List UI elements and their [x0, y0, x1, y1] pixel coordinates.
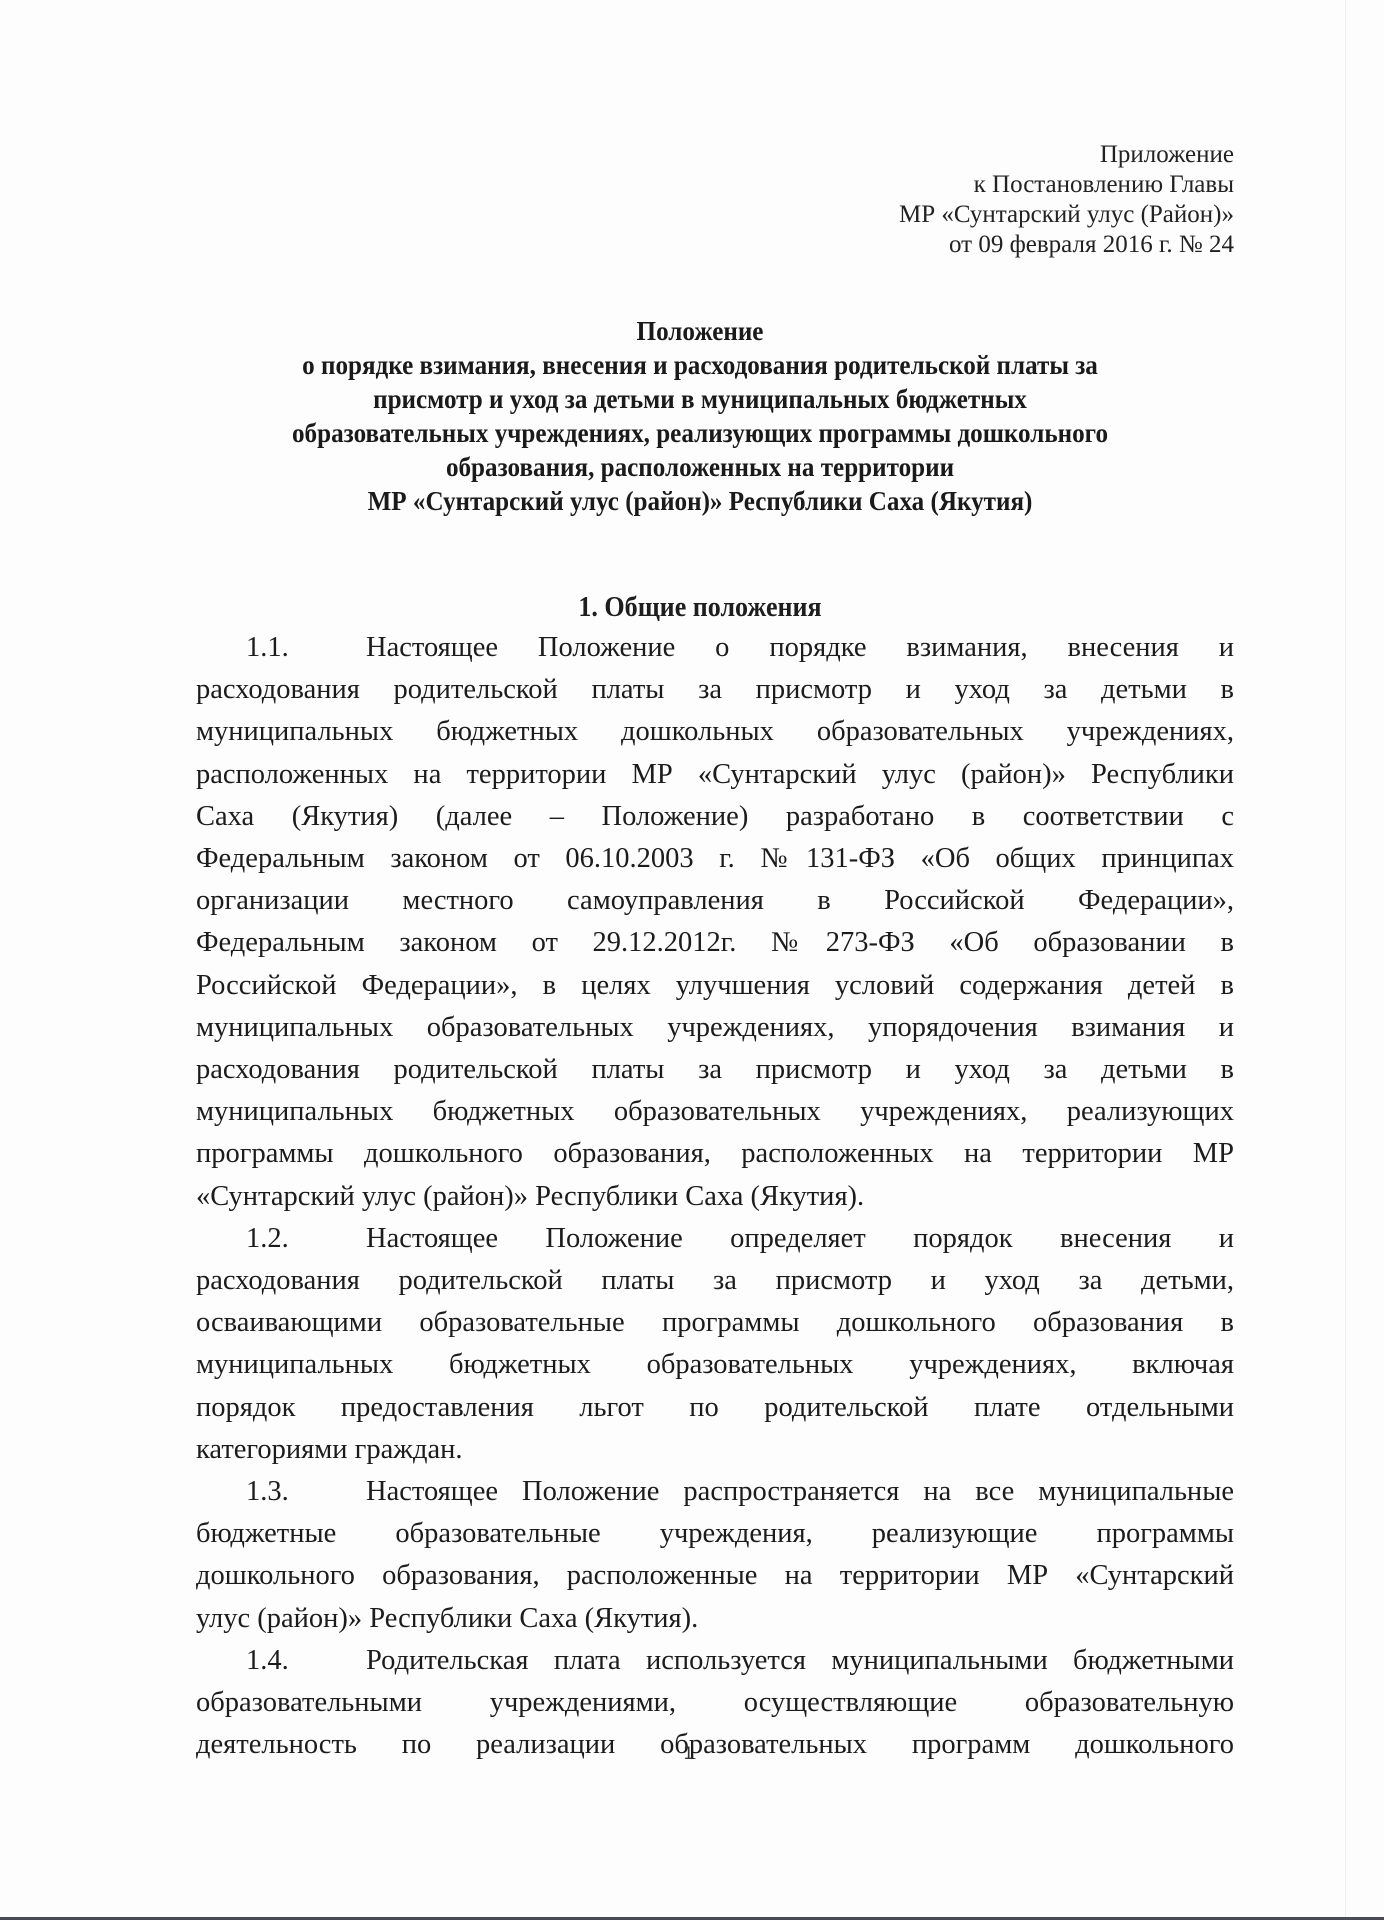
text-line: Саха (Якутия) (далее – Положение) разраб…	[196, 796, 1234, 838]
text-line: муниципальных бюджетных дошкольных образ…	[196, 711, 1234, 753]
text-line: осваивающими образовательные программы д…	[196, 1302, 1234, 1344]
text-line: 1.3.Настоящее Положение распространяется…	[196, 1471, 1234, 1513]
paragraph-1-3: 1.3.Настоящее Положение распространяется…	[196, 1471, 1234, 1640]
paragraph-number: 1.1.	[246, 627, 366, 669]
text-line: Федеральным законом от 29.12.2012г. №273…	[196, 922, 1234, 964]
paragraph-1-4: 1.4.Родительская плата используется муни…	[196, 1640, 1234, 1767]
text-line: 1.1.Настоящее Положение о порядке взиман…	[196, 627, 1234, 669]
title-line: МР «Сунтарский улус (район)» Республики …	[198, 484, 1202, 518]
text-line: программы дошкольного образования, распо…	[196, 1133, 1234, 1175]
text-line: организации местного самоуправления в Ро…	[196, 880, 1234, 922]
text-line: образовательными учреждениями, осуществл…	[196, 1682, 1234, 1724]
text-line: муниципальных бюджетных образовательных …	[196, 1091, 1234, 1133]
page-number: 1	[683, 1744, 694, 1764]
text-line: муниципальных образовательных учреждения…	[196, 1007, 1234, 1049]
text-line: Российской Федерации», в целях улучшения…	[196, 965, 1234, 1007]
title-line: образовательных учреждениях, реализующих…	[198, 416, 1202, 450]
paragraph-1-2: 1.2.Настоящее Положение определяет поряд…	[196, 1218, 1234, 1471]
paragraph-1-1: 1.1.Настоящее Положение о порядке взиман…	[196, 627, 1234, 1218]
title-line: образования, расположенных на территории	[198, 450, 1202, 484]
text-line: деятельность по реализации образовательн…	[196, 1724, 1234, 1766]
header-line: от 09 февраля 2016 г. № 24	[899, 230, 1234, 260]
text-line: дошкольного образования, расположенные н…	[196, 1555, 1234, 1597]
text-line: 1.4.Родительская плата используется муни…	[196, 1640, 1234, 1682]
text-line: муниципальных бюджетных образовательных …	[196, 1344, 1234, 1386]
document-page: Приложение к Постановлению Главы МР «Сун…	[0, 0, 1384, 1920]
text-line: расположенных на территории МР «Сунтарск…	[196, 754, 1234, 796]
text-line: расходования родительской платы за присм…	[196, 1260, 1234, 1302]
text-line: 1.2.Настоящее Положение определяет поряд…	[196, 1218, 1234, 1260]
header-line: к Постановлению Главы	[899, 170, 1234, 200]
text-line: расходования родительской платы за присм…	[196, 1049, 1234, 1091]
body-text: 1.1.Настоящее Положение о порядке взиман…	[196, 627, 1234, 1766]
appendix-header: Приложение к Постановлению Главы МР «Сун…	[899, 140, 1234, 260]
paragraph-number: 1.3.	[246, 1471, 366, 1513]
text-line: категориями граждан.	[196, 1429, 1234, 1471]
paragraph-number: 1.2.	[246, 1218, 366, 1260]
text-line: бюджетные образовательные учреждения, ре…	[196, 1513, 1234, 1555]
text-line: порядок предоставления льгот по родитель…	[196, 1387, 1234, 1429]
text-line: расходования родительской платы за присм…	[196, 669, 1234, 711]
scan-edge-line	[1345, 0, 1346, 1920]
title-line: присмотр и уход за детьми в муниципальны…	[198, 382, 1202, 416]
text-line: Федеральным законом от 06.10.2003 г. №13…	[196, 838, 1234, 880]
text-line: улус (район)» Республики Саха (Якутия).	[196, 1598, 1234, 1640]
paragraph-number: 1.4.	[246, 1640, 366, 1682]
section-heading: 1. Общие положения	[198, 590, 1202, 626]
document-title: Положение о порядке взимания, внесения и…	[198, 314, 1202, 518]
text-line: «Сунтарский улус (район)» Республики Сах…	[196, 1176, 1234, 1218]
title-line: Положение	[198, 314, 1202, 348]
title-line: о порядке взимания, внесения и расходова…	[198, 348, 1202, 382]
header-line: МР «Сунтарский улус (Район)»	[899, 200, 1234, 230]
header-line: Приложение	[899, 140, 1234, 170]
